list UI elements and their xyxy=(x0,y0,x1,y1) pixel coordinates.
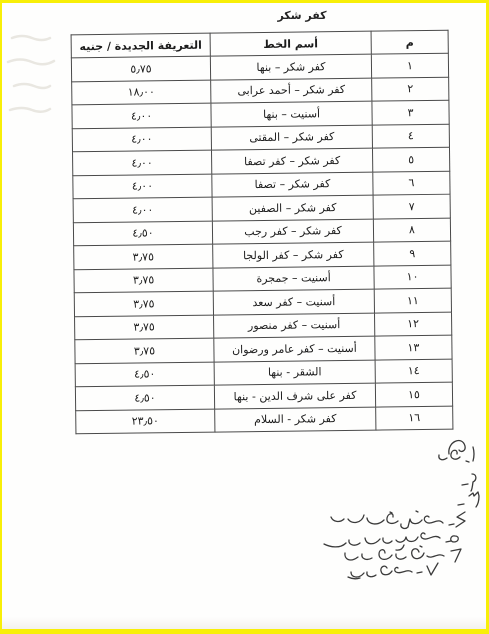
handwritten-notes xyxy=(300,425,489,600)
tariff-table-wrap: م أسم الخط التعريفة الجديدة / جنيه ١ كفر… xyxy=(71,30,453,435)
column-header-no: م xyxy=(371,30,448,54)
cell-tariff-value: ٣٫٧٥ xyxy=(74,268,213,293)
cell-line-name: أسنيت – بنها xyxy=(211,101,372,126)
cell-line-name: كفر شكر – المقتى xyxy=(211,125,372,150)
cell-line-name: كفر شكر – أحمد عرابى xyxy=(211,78,372,103)
note-line-4 xyxy=(331,511,465,528)
cell-line-name: كفر شكر – كفر الولجا xyxy=(213,242,374,267)
scan-shadow-band xyxy=(2,617,486,629)
cell-line-name: كفر شكر – بنها xyxy=(210,54,371,79)
note-line-7 xyxy=(348,563,438,579)
cell-row-number: ١٣ xyxy=(375,335,452,359)
page-title: كفر شكر xyxy=(272,9,332,22)
cell-tariff-value: ٤٫٥٠ xyxy=(73,221,212,246)
cell-line-name: أسنيت – كفر سعد xyxy=(213,289,374,314)
cell-tariff-value: ٥٫٧٥ xyxy=(71,56,210,81)
cell-tariff-value: ٤٫٠٠ xyxy=(72,103,211,128)
cell-row-number: ٤ xyxy=(372,124,449,148)
cell-tariff-value: ٤٫٠٠ xyxy=(72,127,211,152)
cell-tariff-value: ٣٫٧٥ xyxy=(75,338,214,363)
cell-row-number: ٧ xyxy=(373,194,450,218)
note-line-3 xyxy=(458,492,479,507)
cell-tariff-value: ٤٫٥٠ xyxy=(75,362,214,387)
cell-line-name: الشقر - بنها xyxy=(214,360,375,385)
cell-tariff-value: ٣٫٧٥ xyxy=(75,315,214,340)
cell-tariff-value: ٤٫٠٠ xyxy=(73,174,212,199)
cell-row-number: ١٠ xyxy=(374,265,451,289)
cell-line-name: كفر شكر – الصفين xyxy=(212,195,373,220)
column-header-tariff: التعريفة الجديدة / جنيه xyxy=(71,33,210,58)
cell-tariff-value: ٣٫٧٥ xyxy=(74,244,213,269)
cell-row-number: ١٤ xyxy=(375,359,452,383)
cell-tariff-value: ٤٫٠٠ xyxy=(73,150,212,175)
note-line-1 xyxy=(439,441,474,462)
cell-row-number: ١٢ xyxy=(374,312,451,336)
cell-line-name: أسنيت – كفر عامر ورضوان xyxy=(214,336,375,361)
cell-row-number: ٣ xyxy=(372,100,449,124)
column-header-line-name: أسم الخط xyxy=(210,31,371,56)
cell-row-number: ٨ xyxy=(373,218,450,242)
note-line-2 xyxy=(462,474,476,491)
cell-line-name: كفر شكر – كفر رجب xyxy=(212,219,373,244)
cell-tariff-value: ٤٫٥٠ xyxy=(75,385,214,410)
cell-line-name: كفر على شرف الدين - بنها xyxy=(214,383,375,408)
cell-row-number: ٩ xyxy=(374,241,451,265)
cell-row-number: ٦ xyxy=(373,171,450,195)
cell-line-name: كفر شكر – تصفا xyxy=(212,172,373,197)
cell-tariff-value: ٤٫٠٠ xyxy=(73,197,212,222)
note-line-5 xyxy=(324,533,458,550)
cell-row-number: ٢ xyxy=(372,77,449,101)
cell-row-number: ١١ xyxy=(374,288,451,312)
cell-line-name: كفر شكر – كفر تصفا xyxy=(211,148,372,173)
cell-row-number: ١ xyxy=(371,53,448,77)
cell-line-name: أسنيت – كفر منصور xyxy=(214,313,375,338)
cell-line-name: أسنيت – جمجرة xyxy=(213,266,374,291)
cell-row-number: ٥ xyxy=(372,147,449,171)
cell-tariff-value: ٣٫٧٥ xyxy=(74,291,213,316)
ghost-bleed-text xyxy=(2,26,70,136)
cell-row-number: ١٥ xyxy=(375,382,452,406)
tariff-table: م أسم الخط التعريفة الجديدة / جنيه ١ كفر… xyxy=(71,30,454,435)
cell-tariff-value: ١٨٫٠٠ xyxy=(72,80,211,105)
cell-tariff-value: ٢٣٫٥٠ xyxy=(76,409,215,434)
